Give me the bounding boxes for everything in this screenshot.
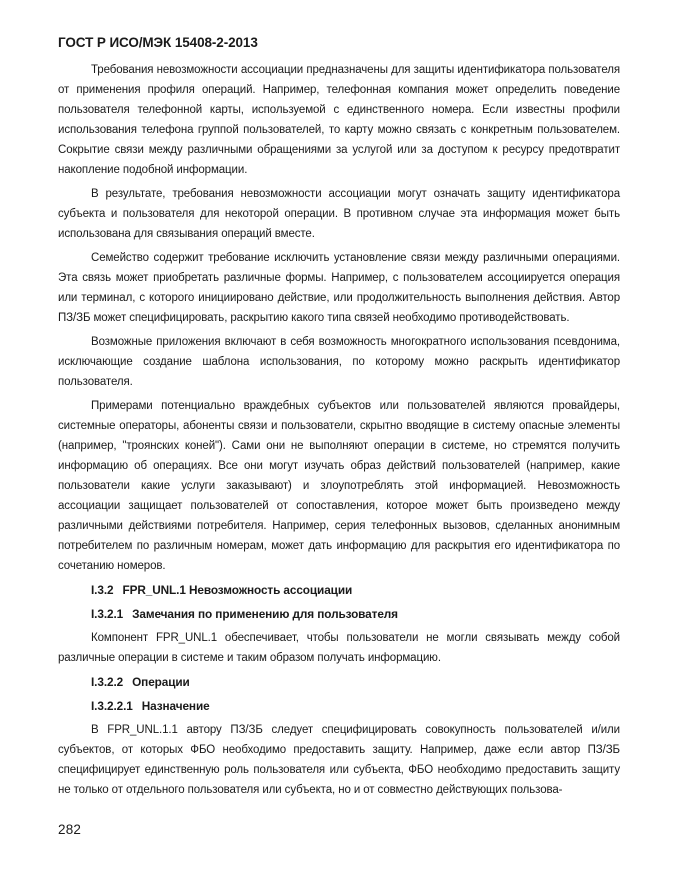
heading-number: I.3.2.2 — [91, 675, 123, 689]
paragraph-assignment-guidance: В FPR_UNL.1.1 автору ПЗ/ЗБ следует специ… — [58, 720, 620, 800]
section-heading-user-notes: I.3.2.1Замечания по применению для польз… — [58, 604, 620, 624]
document-page: ГОСТ Р ИСО/МЭК 15408-2-2013 Требования н… — [0, 0, 680, 880]
document-header: ГОСТ Р ИСО/МЭК 15408-2-2013 — [58, 34, 620, 52]
heading-title: Замечания по применению для пользователя — [132, 607, 398, 621]
paragraph-component-provides: Компонент FPR_UNL.1 обеспечивает, чтобы … — [58, 628, 620, 668]
heading-title: Назначение — [142, 699, 210, 713]
section-heading-fpr-unl-1: I.3.2FPR_UNL.1 Невозможность ассоциации — [58, 580, 620, 600]
paragraph-unlinkability-intro: Требования невозможности ассоциации пред… — [58, 60, 620, 180]
paragraph-family-requirement: Семейство содержит требование исключить … — [58, 248, 620, 328]
heading-number: I.3.2.1 — [91, 607, 123, 621]
heading-number: I.3.2.2.1 — [91, 699, 133, 713]
paragraph-result: В результате, требования невозможности а… — [58, 184, 620, 244]
section-heading-operations: I.3.2.2Операции — [58, 672, 620, 692]
paragraph-possible-applications: Возможные приложения включают в себя воз… — [58, 332, 620, 392]
heading-title: FPR_UNL.1 Невозможность ассоциации — [122, 583, 352, 597]
section-heading-assignment: I.3.2.2.1Назначение — [58, 696, 620, 716]
page-number: 282 — [58, 821, 81, 839]
heading-title: Операции — [132, 675, 190, 689]
heading-number: I.3.2 — [91, 583, 113, 597]
paragraph-hostile-subjects-examples: Примерами потенциально враждебных субъек… — [58, 396, 620, 576]
